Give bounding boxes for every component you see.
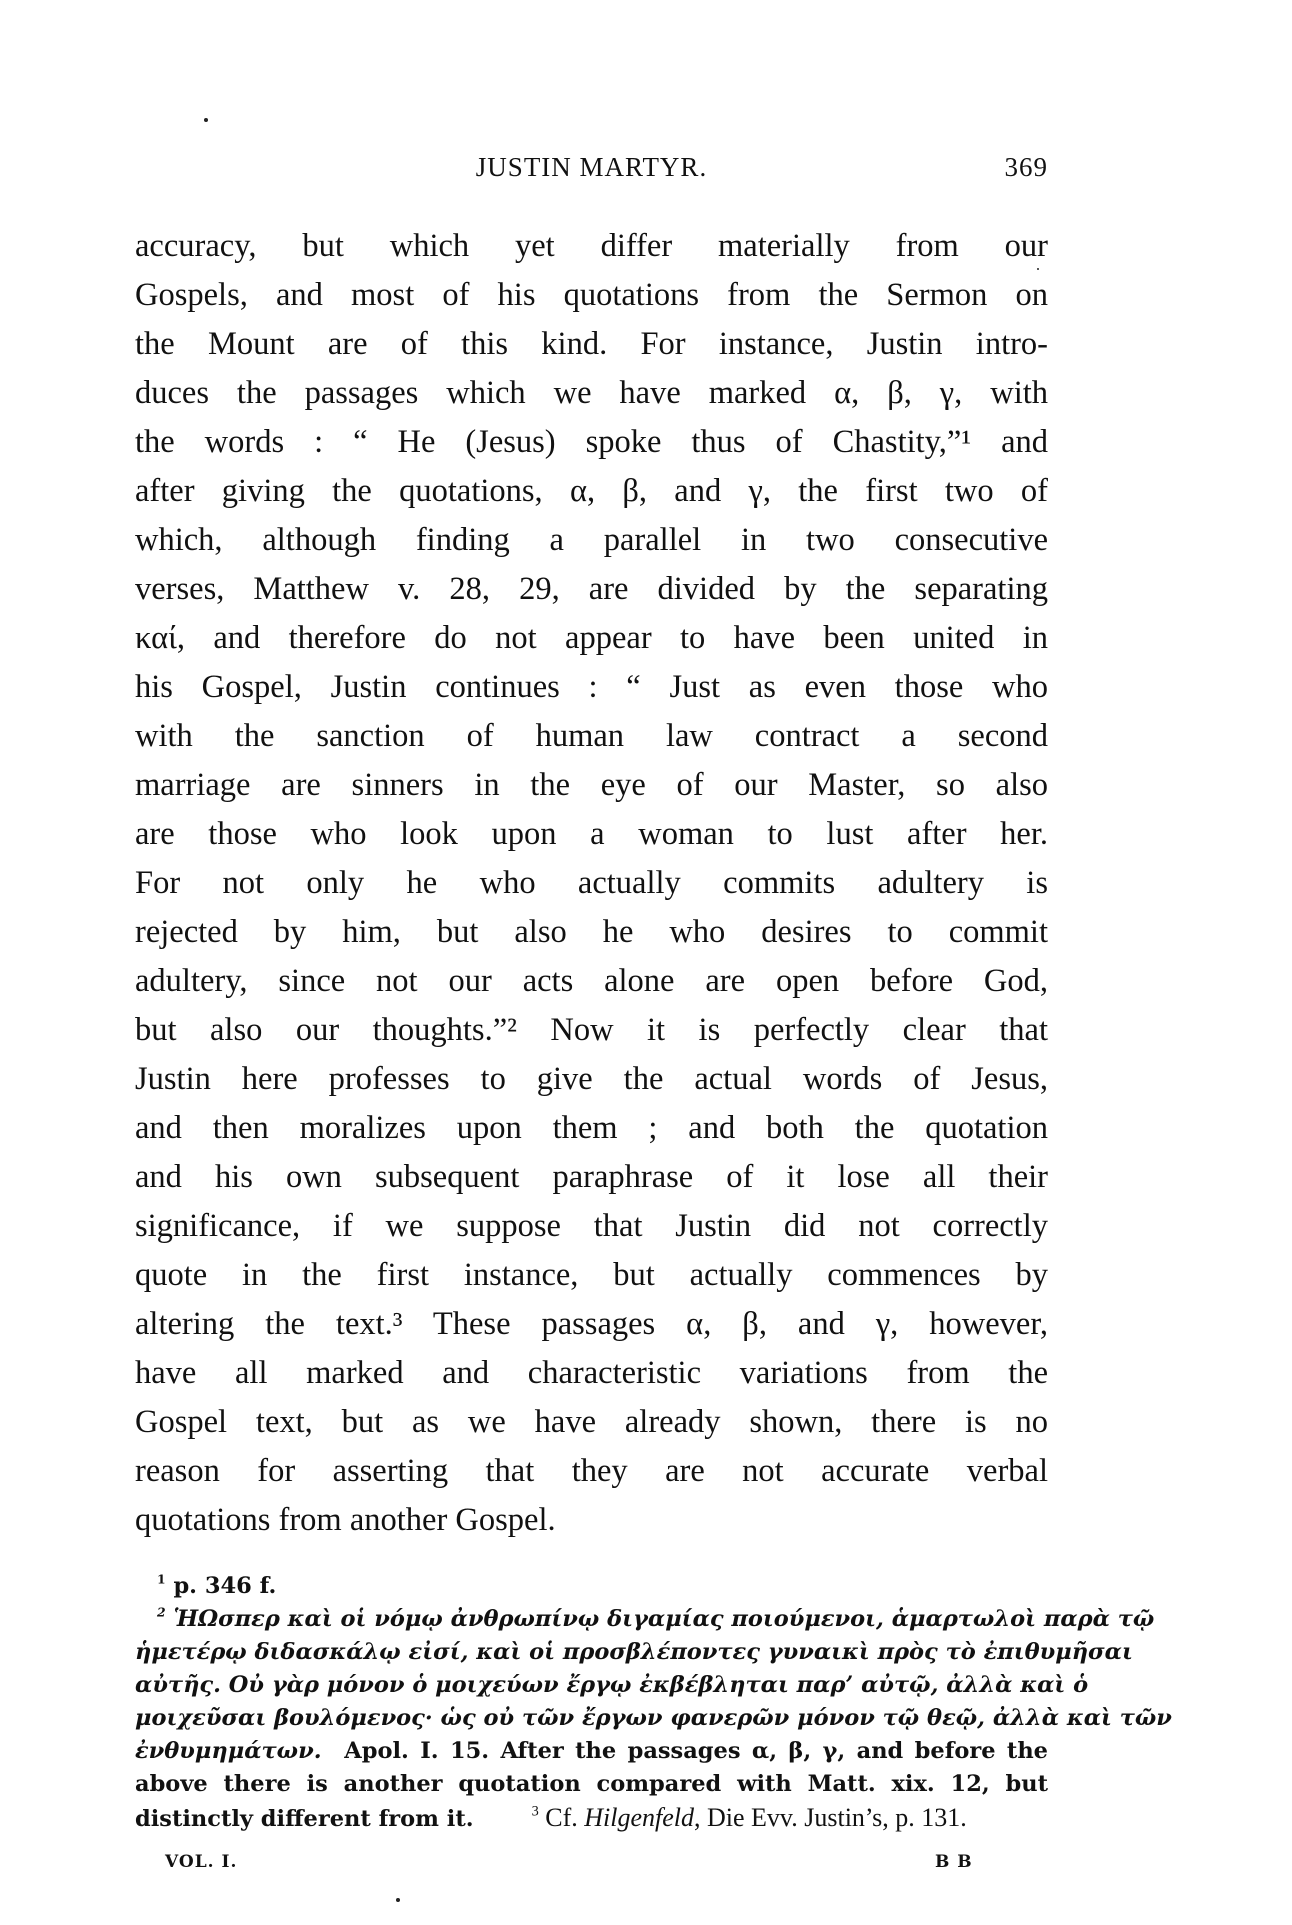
author-name: Hilgenfeld — [584, 1803, 694, 1832]
text-line: adultery, since not our acts alone are o… — [135, 957, 1048, 1006]
footnote-3: 3 Cf. Hilgenfeld, Die Evv. Justin’s, p. … — [532, 1803, 967, 1832]
text-line: the Mount are of this kind. For instance… — [135, 320, 1048, 369]
text-line: and his own subsequent paraphrase of it … — [135, 1153, 1048, 1202]
footnote-2-line: ἡμετέρῳ διδασκάλῳ εἰσί, καὶ οἱ προσβλέπο… — [135, 1636, 1048, 1669]
text-line: his Gospel, Justin continues : “ Just as… — [135, 663, 1048, 712]
text-line: quote in the first instance, but actuall… — [135, 1251, 1048, 1300]
footnote-2-line: 2 ἩΩσπερ καὶ οἱ νόμῳ ἀνθρωπίνῳ διγαμίας … — [135, 1603, 1048, 1636]
text-line: significance, if we suppose that Justin … — [135, 1202, 1048, 1251]
text-line: duces the passages which we have marked … — [135, 369, 1048, 418]
footnotes: 1 p. 346 f. 2 ἩΩσπερ καὶ οἱ νόμῳ ἀνθρωπί… — [135, 1570, 1048, 1834]
running-head: JUSTIN MARTYR. 369 — [135, 152, 1048, 192]
footnote-marker: 2 — [157, 1605, 166, 1620]
text-line: the words : “ He (Jesus) spoke thus of C… — [135, 418, 1048, 467]
text-line: after giving the quotations, α, β, and γ… — [135, 467, 1048, 516]
text-line: marriage are sinners in the eye of our M… — [135, 761, 1048, 810]
text-line: Gospel text, but as we have already show… — [135, 1398, 1048, 1447]
text-line: are those who look upon a woman to lust … — [135, 810, 1048, 859]
page-number: 369 — [1005, 152, 1049, 183]
text-line: have all marked and characteristic varia… — [135, 1349, 1048, 1398]
text-line: Justin here professes to give the actual… — [135, 1055, 1048, 1104]
greek-quote: ἩΩσπερ καὶ οἱ νόμῳ ἀνθρωπίνῳ διγαμίας πο… — [173, 1606, 1154, 1632]
footnote-2-line: ἐνθυμημάτων. Apol. I. 15. After the pass… — [135, 1735, 1048, 1768]
gathering-signature: B B — [935, 1852, 973, 1872]
text-line: altering the text.³ These passages α, β,… — [135, 1300, 1048, 1349]
text-line: For not only he who actually commits adu… — [135, 859, 1048, 908]
text-line: Gospels, and most of his quotations from… — [135, 271, 1048, 320]
text-line: but also our thoughts.”² Now it is perfe… — [135, 1006, 1048, 1055]
footnote-2-line: above there is another quotation compare… — [135, 1768, 1048, 1801]
text-line: καί, and therefore do not appear to have… — [135, 614, 1048, 663]
print-speck — [204, 118, 208, 122]
text-line: with the sanction of human law contract … — [135, 712, 1048, 761]
body-text: accuracy, but which yet differ materiall… — [135, 222, 1048, 1545]
footnote-2-end: distinctly different from it. — [135, 1806, 474, 1832]
footnote-marker: 3 — [532, 1803, 539, 1819]
citation-text: Apol. I. 15. After the passages α, β, γ,… — [344, 1738, 1048, 1764]
volume-signature: VOL. I. — [165, 1852, 237, 1872]
text-line: rejected by him, but also he who desires… — [135, 908, 1048, 957]
text-line: reason for asserting that they are not a… — [135, 1447, 1048, 1496]
text-line-last: quotations from another Gospel. — [135, 1496, 1048, 1545]
book-page: JUSTIN MARTYR. 369 accuracy, but which y… — [0, 0, 1292, 1925]
text-line: which, although finding a parallel in tw… — [135, 516, 1048, 565]
footnote-2-3-line: distinctly different from it.3 Cf. Hilge… — [135, 1801, 1048, 1834]
text-line: verses, Matthew v. 28, 29, are divided b… — [135, 565, 1048, 614]
footnote-marker: 1 — [157, 1572, 166, 1587]
footnote-2-line: αὐτῆς. Οὐ γὰρ μόνον ὁ μοιχεύων ἔργῳ ἐκβέ… — [135, 1669, 1048, 1702]
footnote-text: p. 346 f. — [173, 1573, 276, 1599]
print-speck — [396, 1898, 400, 1902]
text-line: accuracy, but which yet differ materiall… — [135, 222, 1048, 271]
greek-quote-end: ἐνθυμημάτων. — [135, 1738, 322, 1764]
running-title: JUSTIN MARTYR. — [135, 152, 1048, 183]
footnote-1: 1 p. 346 f. — [135, 1570, 1048, 1603]
footnote-2-line: μοιχεῦσαι βουλόμενος· ὡς οὐ τῶν ἔργων φα… — [135, 1702, 1048, 1735]
text-line: and then moralizes upon them ; and both … — [135, 1104, 1048, 1153]
